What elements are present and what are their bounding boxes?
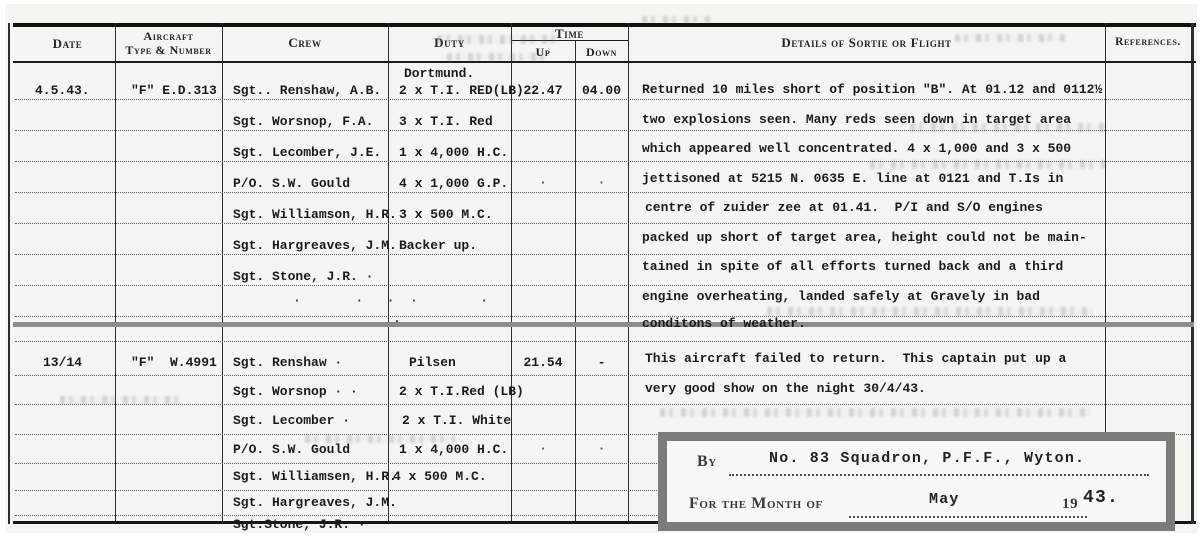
sortie1-date: 4.5.43. [35,84,90,98]
scanned-logbook-page: Date Aircraft Type & Number Crew Duty Ti… [5,4,1197,533]
duty-item: 4 x 500 M.C. [393,470,487,484]
col-rule-aircraft [222,23,223,322]
stamp-by-leader-line [729,474,1149,476]
bleedthrough-artifact [870,160,1105,169]
details-line: conditons of weather. [642,317,806,331]
frame-right-rule [1191,23,1194,524]
time-dot-artifact: · [511,442,575,456]
duty-item: 2 x T.I.Red (LB) [399,385,524,399]
row-rule [15,341,1191,342]
bleedthrough-artifact [910,123,1105,132]
sortie2-target: Pilsen [409,356,456,370]
bleedthrough-artifact [955,34,1065,42]
row-rule [15,515,661,516]
time-dot-artifact: · [575,442,628,456]
bleedthrough-artifact [447,53,547,61]
col-rule-aircraft-2 [222,327,223,521]
col-header-aircraft-line2: Type & Number [115,43,222,58]
sortie2-date: 13/14 [43,356,82,370]
bleedthrough-artifact [642,16,712,23]
crew-member: Sgt. Lecomber, J.E. [233,146,381,160]
squadron-stamp-box: By No. 83 Squadron, P.F.F., Wyton. For t… [658,432,1175,531]
col-header-aircraft-line1: Aircraft [115,29,222,44]
time-dot-artifact: · [511,176,575,190]
row-rule [15,463,661,464]
details-line: which appeared well concentrated. 4 x 1,… [642,142,1071,156]
row-rule [15,254,1191,255]
crew-member: Sgt. Worsnop, F.A. [233,115,373,129]
duty-item: 1 x 4,000 H.C. [399,146,508,160]
row-rule [15,285,1191,286]
details-line: centre of zuider zee at 01.41. P/I and S… [645,201,1043,215]
crew-member: P/O. S.W. Gould [233,177,350,191]
bleedthrough-artifact [767,307,1092,316]
row-rule [15,490,661,491]
crew-member: Sgt. Worsnop · · [233,385,358,399]
details-line: This aircraft failed to return. This cap… [645,352,1066,366]
col-header-time-down: Down [575,45,628,60]
bleedthrough-artifact [660,408,1090,417]
crew-member: Sgt. Williamsen, H.R. [233,470,397,484]
duty-item: 4 x 1,000 G.P. [399,177,508,191]
col-header-crew: Crew [222,35,388,51]
sortie1-target: Dortmund. [404,67,474,81]
col-header-date: Date [25,36,110,52]
crew-member: P/O. S.W. Gould [233,443,350,457]
row-rule [15,99,1191,100]
sortie1-aircraft: "F" E.D.313 [131,84,217,98]
details-line: tained in spite of all efforts turned ba… [642,260,1063,274]
col-header-references: References. [1105,36,1191,48]
crew-member: Sgt. Stone, J.R. · [233,270,373,284]
col-rule-down [628,23,629,322]
crew-member: Sgt.Stone, J.R. · [233,518,366,532]
sortie2-time-up: 21.54 [511,356,575,370]
row-rule [15,375,1191,376]
duty-item: 3 x 500 M.C. [399,208,493,222]
duty-item: 2 x T.I. White [402,414,511,428]
crew-member: Sgt.. Renshaw, A.B. [233,84,381,98]
row-rule [15,316,1191,317]
bleedthrough-artifact [437,35,562,44]
details-line: packed up short of target area, height c… [642,231,1087,245]
row-rule [15,223,1191,224]
stamp-month-value: May [929,493,960,507]
duty-item: 1 x 4,000 H.C. [399,443,508,457]
sortie1-time-down: 04.00 [575,84,628,98]
frame-left-rule [8,23,10,524]
crew-dots-artifact: · · · · · [293,294,488,308]
crew-member: Sgt. Lecomber · [233,414,350,428]
sortie2-time-down: - [575,356,628,370]
stamp-year-value: 43. [1083,491,1119,505]
section-divider [13,322,1194,327]
crew-member: Sgt. Hargreaves, J.M. [233,239,397,253]
col-rule-date [115,23,116,322]
duty-item: 3 x T.I. Red [399,115,493,129]
sortie1-time-up: 22.47 [511,84,575,98]
crew-member: Sgt. Hargreaves, J.M. [233,496,397,510]
stamp-month-leader-line [849,516,1087,518]
sortie2-aircraft: "F" W.4991 [131,356,217,370]
bleedthrough-artifact [60,396,180,404]
col-rule-crew [388,23,389,322]
row-rule [15,404,1191,405]
stamp-month-label: For the Month of [689,495,823,513]
details-line: engine overheating, landed safely at Gra… [642,290,1040,304]
col-rule-crew-2 [388,327,389,521]
stamp-year-prefix: 19 [1062,496,1078,513]
col-rule-duty [511,23,512,322]
duty-item: 2 x T.I. RED(LB) [399,84,524,98]
crew-member: Sgt. Renshaw · [233,356,342,370]
details-line: Returned 10 miles short of position "B".… [642,83,1102,97]
bleedthrough-artifact [305,435,455,443]
crew-dot-artifact: . [393,312,401,326]
crew-member: Sgt. Williamson, H.R. [233,208,397,222]
time-dot-artifact: · [575,176,628,190]
stamp-by-value: No. 83 Squadron, P.F.F., Wyton. [769,452,1085,466]
col-rule-date-2 [115,327,116,521]
header-bottom-rule [13,61,1196,63]
col-rule-down-2 [628,327,629,521]
row-rule [15,192,1191,193]
details-line: jettisoned at 5215 N. 0635 E. line at 01… [642,172,1063,186]
col-rule-references [1105,23,1106,322]
duty-item: Backer up. [399,239,477,253]
details-line: very good show on the night 30/4/43. [645,382,926,396]
stamp-by-label: By [697,453,717,471]
